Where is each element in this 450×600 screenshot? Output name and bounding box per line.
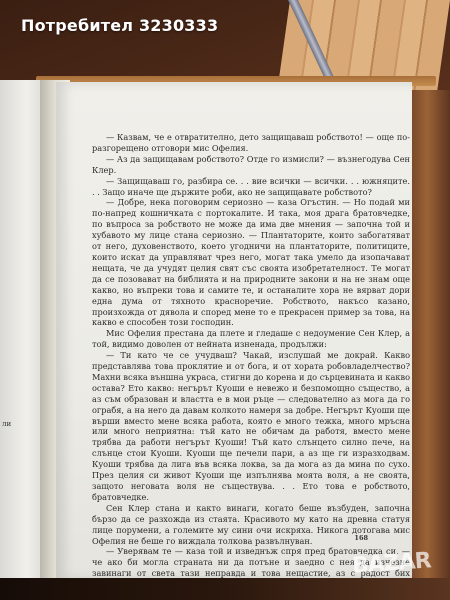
paragraph: — Казвам, че е отвратително, дето защища… [92, 132, 410, 154]
page-number: 168 [354, 534, 368, 542]
paragraph: — Добре, нека поговорим сериозно — каза … [92, 197, 410, 328]
right-page: — Казвам, че е отвратително, дето защища… [56, 82, 412, 580]
paragraph: — Ти като че се учудваш? Чакай, изслушай… [92, 350, 410, 503]
left-page: ли [0, 80, 44, 586]
page-text: — Казвам, че е отвратително, дето защища… [92, 132, 410, 600]
paragraph: — Аз да защищавам робството? Отде го изм… [92, 154, 410, 176]
table-edge [412, 90, 450, 600]
paragraph: Мис Офелия престана да плете и гледаше с… [92, 328, 410, 350]
table-surface [0, 578, 450, 600]
user-label: Потребител 3230333 [21, 16, 218, 35]
paragraph: — Защищаваш го, разбира се. . . вие всич… [92, 176, 410, 198]
left-page-fragment: ли [2, 420, 42, 429]
